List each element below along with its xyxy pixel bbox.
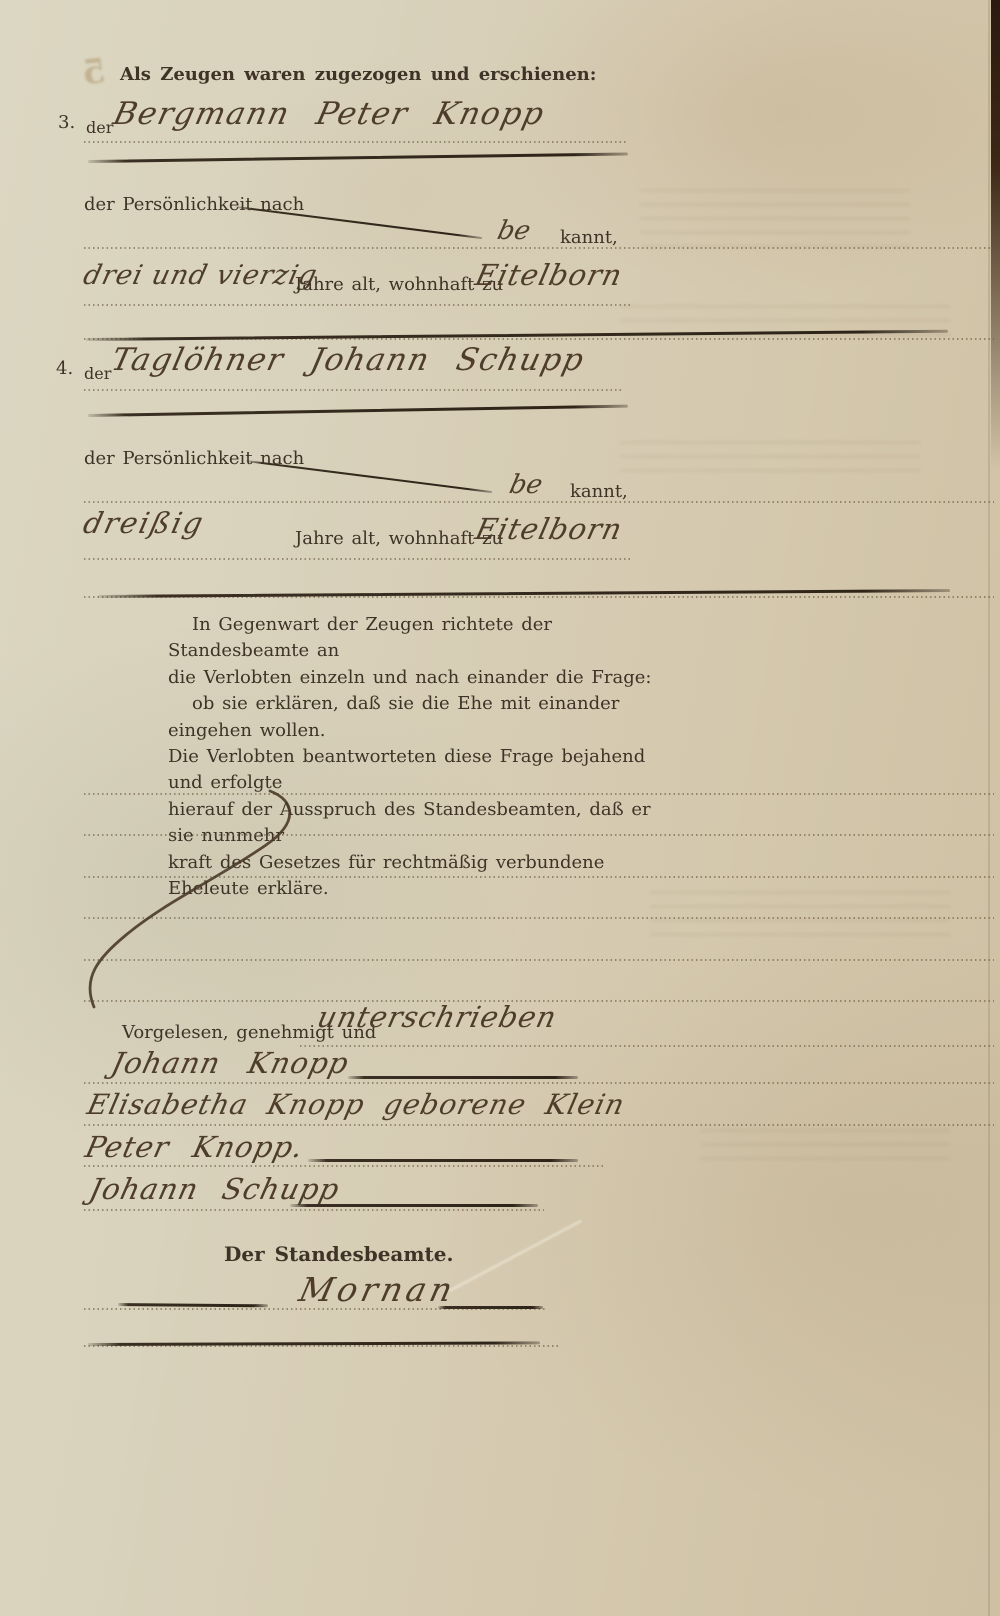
witness-3-kannt-label: kannt, <box>560 227 618 248</box>
identity-stroke <box>236 206 482 239</box>
signature-rule <box>348 1076 578 1079</box>
page-edge-line <box>988 0 990 1616</box>
dotted-rule <box>84 141 626 143</box>
witness-3-entry-handwriting: Bergmann Peter Knopp <box>114 96 544 132</box>
showthrough-smudge <box>640 188 910 248</box>
closing-handwriting: unterschrieben <box>318 1000 557 1034</box>
showthrough-smudge <box>650 886 950 936</box>
ink-rule <box>438 1306 543 1309</box>
ink-rule <box>88 405 628 417</box>
declaration-line: In Gegenwart der Zeugen richtete der Sta… <box>168 612 672 665</box>
witness-4-identity-label: der Persönlichkeit nach <box>84 448 304 469</box>
declaration-line: ob sie erklären, daß sie die Ehe mit ein… <box>168 691 672 744</box>
dotted-rule <box>84 304 630 306</box>
witness-4-entry-handwriting: Taglöhner Johann Schupp <box>112 342 584 378</box>
signature-johann-schupp: Johann Schupp <box>90 1172 339 1206</box>
signature-elisabetha-knopp: Elisabetha Knopp geborene Klein <box>88 1088 625 1121</box>
signature-johann-knopp: Johann Knopp <box>112 1046 349 1080</box>
showthrough-stamp: 5 <box>80 51 108 93</box>
dotted-rule <box>300 1045 994 1047</box>
witness-4-be-handwriting: be <box>510 470 542 500</box>
identity-stroke <box>246 460 492 493</box>
witness-3-number: 3. <box>58 112 75 133</box>
registrar-label: Der Standesbeamte. <box>224 1242 453 1266</box>
ink-rule <box>118 1303 268 1307</box>
dotted-rule <box>84 1124 994 1126</box>
dotted-rule <box>84 1082 994 1084</box>
page-edge-shadow <box>991 0 1000 470</box>
void-cancel-stroke <box>60 775 320 1025</box>
showthrough-smudge <box>620 432 920 472</box>
declaration-line: die Verlobten einzeln und nach einander … <box>168 665 672 691</box>
signature-peter-knopp: Peter Knopp. <box>86 1130 303 1164</box>
witness-3-age-handwriting: drei und vierzig <box>84 260 317 291</box>
witness-4-age-handwriting: dreißig <box>84 506 204 540</box>
paper-crease <box>448 1220 581 1292</box>
registrar-signature: Mornan <box>300 1270 456 1309</box>
witness-4-number: 4. <box>56 358 73 379</box>
witness-4-residence-handwriting: Eitelborn <box>476 512 622 546</box>
dotted-rule <box>84 558 630 560</box>
dotted-rule <box>84 389 624 391</box>
dotted-rule <box>84 501 994 503</box>
registry-document-page: 5 Als Zeugen waren zugezogen und erschie… <box>0 0 1000 1616</box>
witness-3-article: der <box>86 118 113 137</box>
dotted-rule <box>84 1165 604 1167</box>
witnesses-heading: Als Zeugen waren zugezogen und erschiene… <box>120 64 596 85</box>
witness-4-article: der <box>84 364 111 383</box>
showthrough-smudge <box>700 1120 950 1160</box>
witness-3-residence-handwriting: Eitelborn <box>476 258 622 292</box>
witness-4-kannt-label: kannt, <box>570 481 628 502</box>
signature-rule <box>308 1159 578 1162</box>
witness-3-be-handwriting: be <box>498 216 530 246</box>
signature-rule <box>290 1204 538 1207</box>
dotted-rule <box>84 247 994 249</box>
ink-rule <box>88 152 628 162</box>
dotted-rule <box>84 1209 544 1211</box>
